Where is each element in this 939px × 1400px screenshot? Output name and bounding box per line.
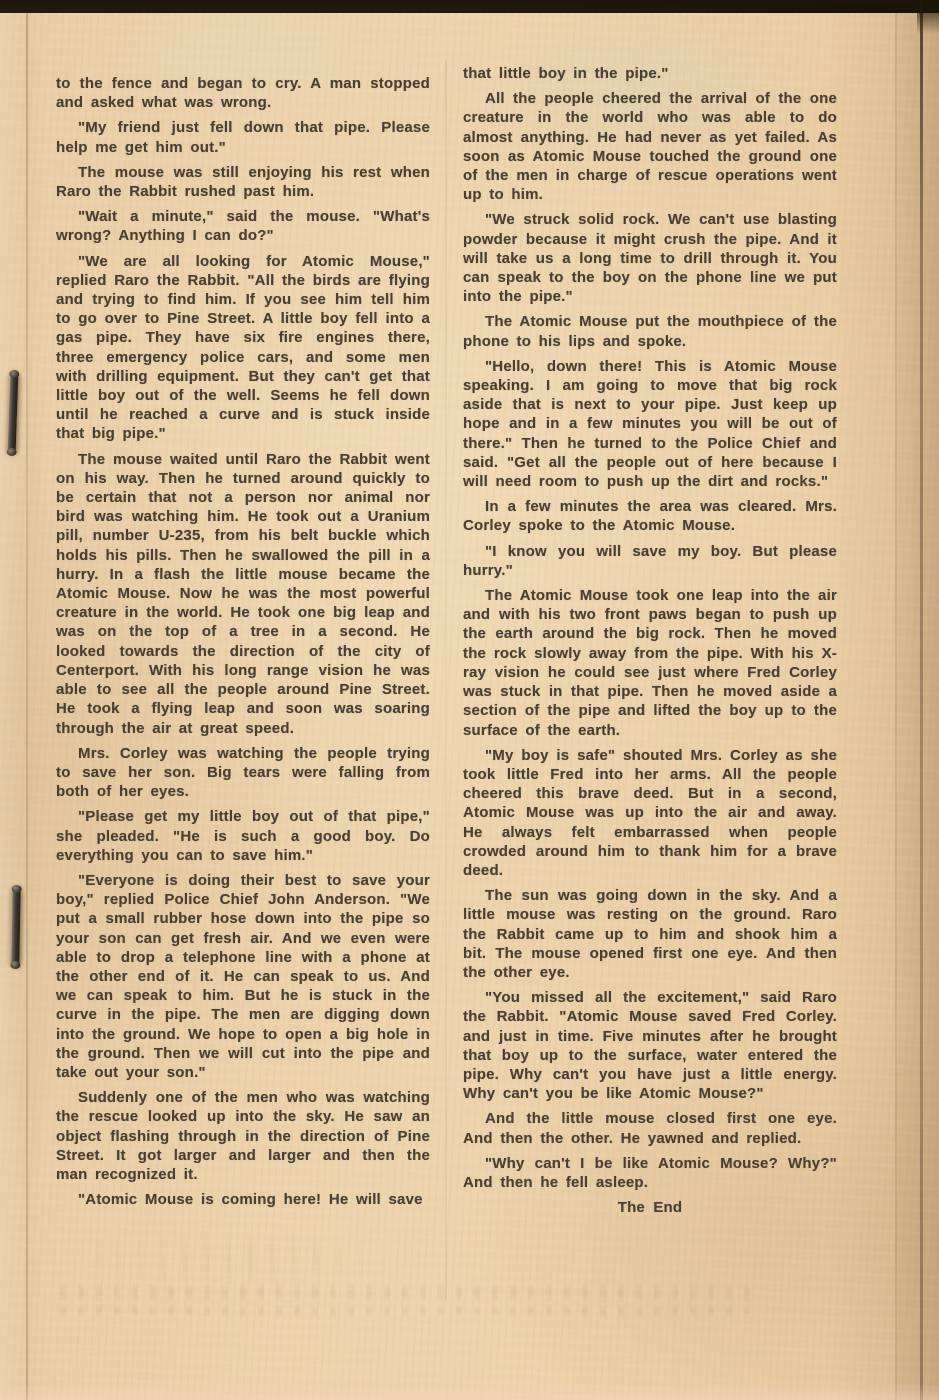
story-paragraph: "Why can't I be like Atomic Mouse? Why?"… [463,1154,837,1192]
story-paragraph: "Please get my little boy out of that pi… [56,807,430,865]
story-paragraph: to the fence and began to cry. A man sto… [56,74,430,112]
column-gutter-crease [445,60,447,1300]
story-paragraph: "My friend just fell down that pipe. Ple… [56,118,430,156]
story-paragraph: The mouse waited until Raro the Rabbit w… [56,450,430,738]
story-paragraph: And the little mouse closed first one ey… [463,1109,837,1147]
story-paragraph: "Hello, down there! This is Atomic Mouse… [463,357,837,491]
story-paragraph: The sun was going down in the sky. And a… [463,886,837,982]
left-text-column: to the fence and began to cry. A man sto… [56,74,430,1215]
story-paragraph: "You missed all the excitement," said Ra… [463,988,837,1103]
page-bottom-edge [0,1384,939,1400]
the-end-label: The End [463,1198,837,1217]
story-paragraph: The Atomic Mouse took one leap into the … [463,586,837,740]
page-left-margin [0,13,26,1400]
staple-bottom [11,888,20,966]
page-top-binding-edge [0,0,939,13]
story-paragraph: "Everyone is doing their best to save yo… [56,871,430,1082]
story-paragraph: "Wait a minute," said the mouse. "What's… [56,207,430,245]
story-paragraph: Mrs. Corley was watching the people tryi… [56,744,430,802]
comic-page-scan: to the fence and began to cry. A man sto… [0,0,939,1400]
story-paragraph: "We are all looking for Atomic Mouse," r… [56,252,430,444]
ink-show-through-smudge [95,1230,425,1290]
page-right-margin [897,13,939,1400]
story-paragraph: that little boy in the pipe." [463,64,837,83]
story-paragraph: In a few minutes the area was cleared. M… [463,497,837,535]
story-paragraph: The mouse was still enjoying his rest wh… [56,163,430,201]
story-paragraph: "Atomic Mouse is coming here! He will sa… [56,1190,430,1209]
page-right-fold-line [895,13,897,1400]
story-paragraph: "We struck solid rock. We can't use blas… [463,210,837,306]
page-left-fold-line [26,13,28,1400]
story-paragraph: "My boy is safe" shouted Mrs. Corley as … [463,746,837,880]
ink-show-through-rows [60,1282,760,1318]
right-text-column: that little boy in the pipe." All the pe… [463,64,837,1223]
story-paragraph: The Atomic Mouse put the mouthpiece of t… [463,312,837,350]
story-paragraph: All the people cheered the arrival of th… [463,89,837,204]
page-right-edge-line [920,0,923,1400]
story-paragraph: Suddenly one of the men who was watching… [56,1088,430,1184]
story-paragraph: "I know you will save my boy. But please… [463,542,837,580]
